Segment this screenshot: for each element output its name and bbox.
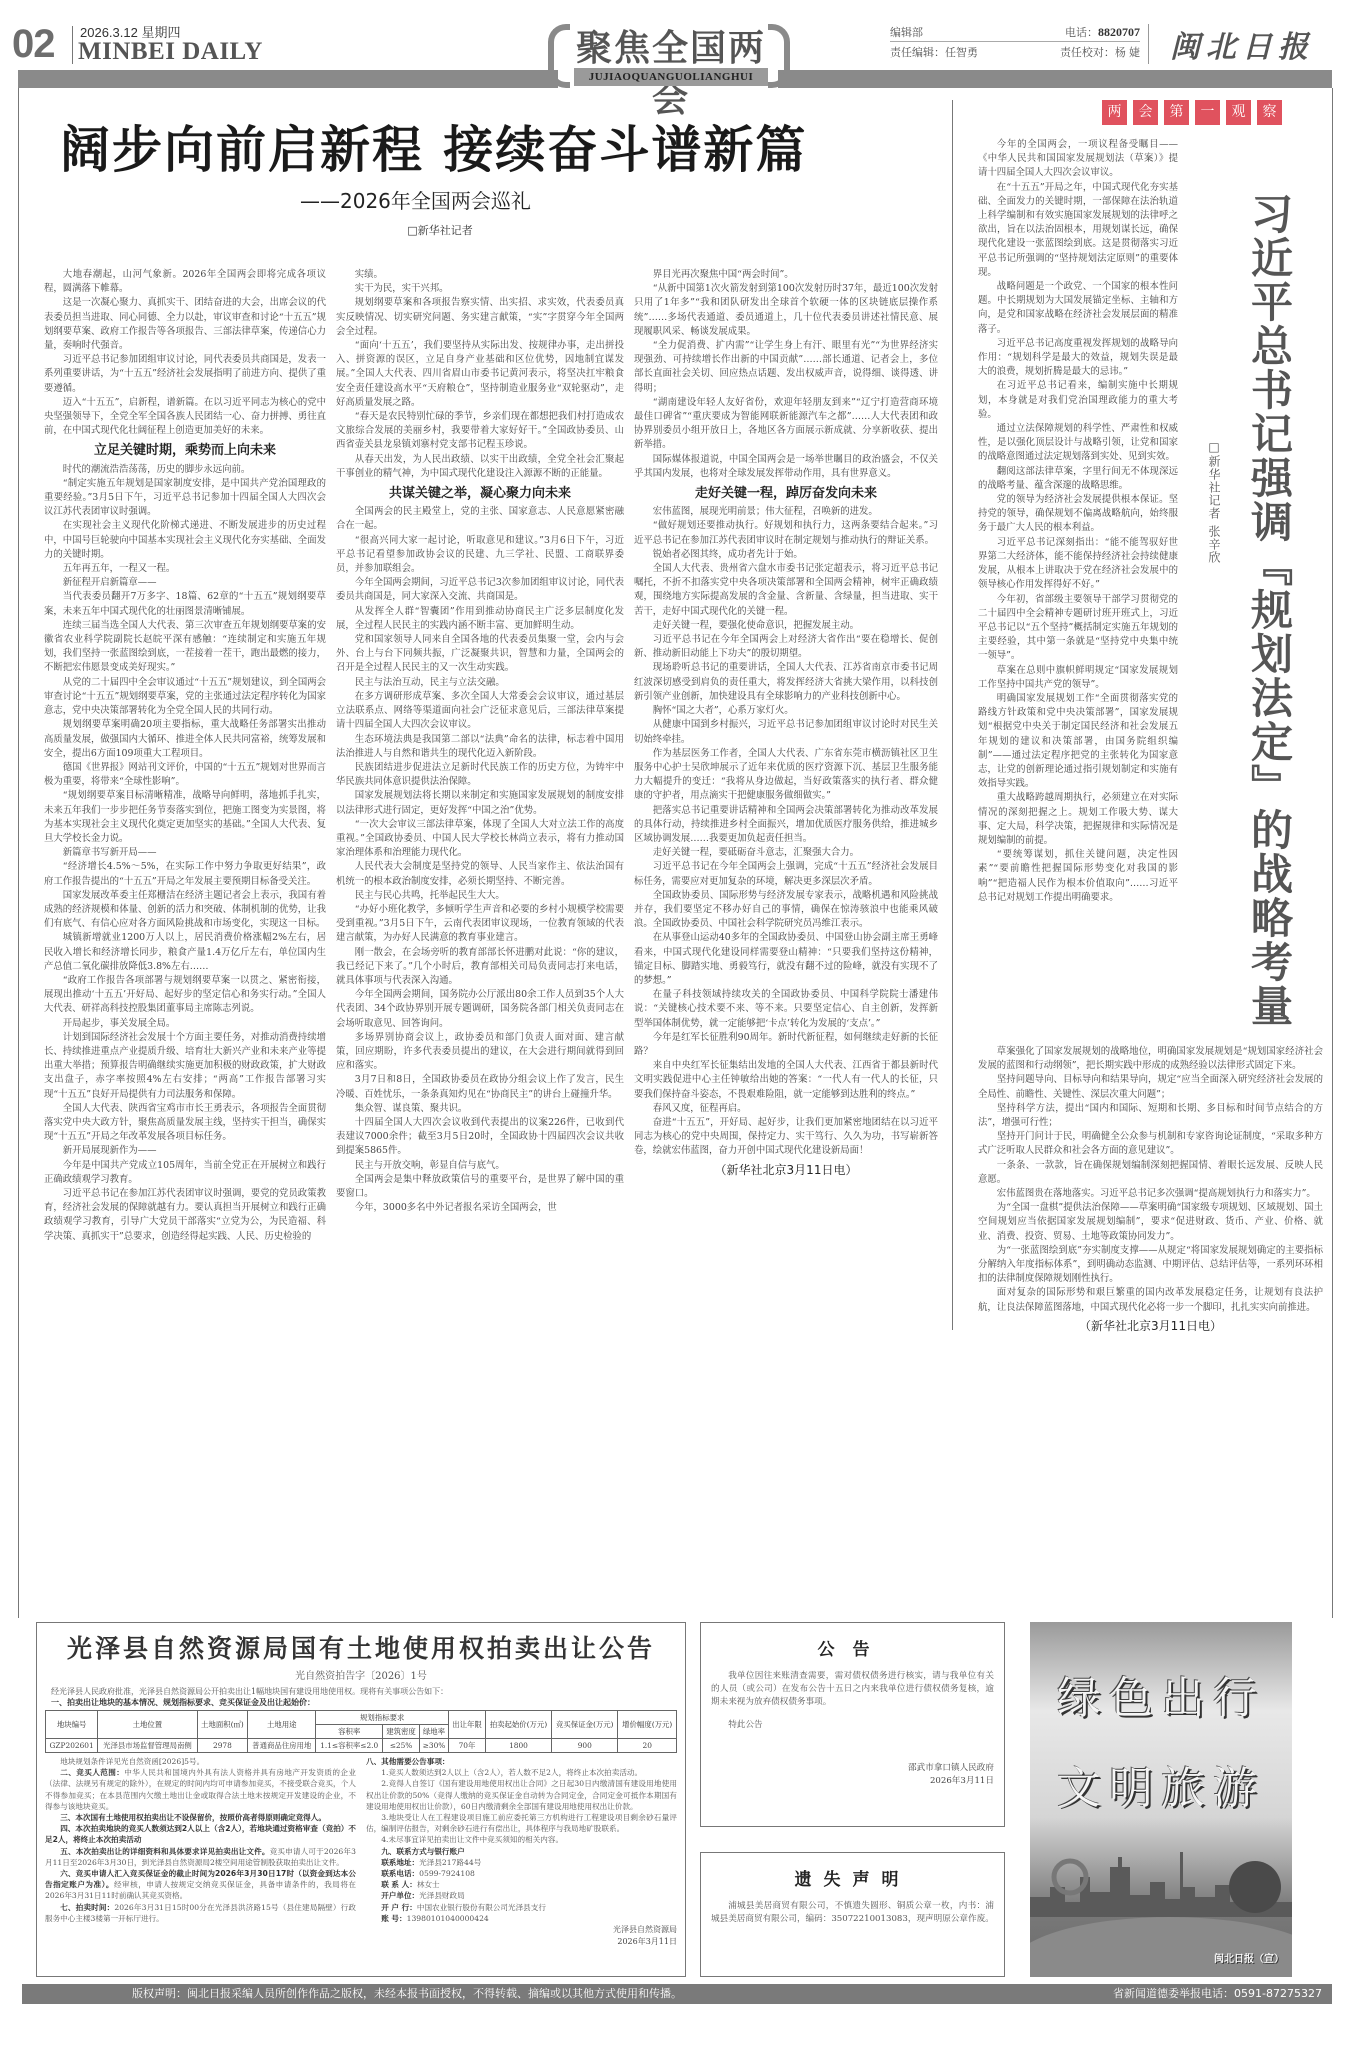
cell: 20 [618,1739,677,1753]
lost-seal-statement: 遗失声明 浦城县美居商贸有限公司，不慎遗失圆形、铜质公章一枚，内书：浦城县美居商… [700,1852,1005,1977]
section-heading-3: 走好关键一程，踔厉奋发向未来 [634,487,938,501]
paragraph: 党和国家领导人同来自全国各地的代表委员集聚一堂，会内与会外、台上与台下同频共振，… [336,633,624,676]
paragraph: 刚一散会，在会场旁听的教育部部长怀进鹏对此说：“你的建议，我已经记下来了。”几个… [336,946,624,989]
lost-statement-title: 遗失声明 [711,1865,994,1890]
paragraph: 多场界别协商会议上，政协委员和部门负责人面对面、建言献策，回应期盼，许多代表委员… [336,1031,624,1074]
notice-sign-org: 邵武市拿口镇人民政府 [711,1762,994,1775]
land-notice-right-text: 八、其他需要公告事项： 1.竞买人数须达到2人以上（含2人），若人数不足2人，将… [366,1756,677,1948]
paragraph: 今年的全国两会，一项议程备受瞩目——《中华人民共和国国家发展规划法（草案）》提请… [978,138,1178,181]
paragraph: 习近平总书记参加团组审议讨论，同代表委员共商国是，发表一系列重要讲话，为“十五五… [44,353,326,396]
paragraph: 今年全国两会期间，习近平总书记3次参加团组审议讨论，同代表委员共商国是，同大家深… [336,576,624,604]
editor-name: 责任编辑：任智勇 [890,44,978,60]
paragraph: 坚持问题导向、目标导向和结果导向，规定“应当全面深入研究经济社会发展的全局性、前… [978,1073,1323,1101]
paragraph: 坚持开门问计于民，明确健全公众参与机制和专家咨询论证制度，“采取多种方式广泛听取… [978,1130,1323,1158]
tag-chip: 第 [1164,100,1189,125]
paragraph: 规划纲要草案和各项报告察实情、出实招、求实效，代表委员真实反映情况、切实研究问题… [336,296,624,339]
paragraph: 战略问题是一个政党、一个国家的根本性问题。中长期规划为大国发展锚定坐标、主轴和方… [978,280,1178,337]
land-notice-item: 1.竞买人数须达到2人以上（含2人），若人数不足2人，将终止本次拍卖活动。 [366,1767,677,1778]
paragraph: 习近平总书记在今年全国两会上强调，完成“十五五”经济社会发展目标任务，需要应对更… [634,860,938,888]
land-notice-title: 光泽县自然资源局国有土地使用权拍卖出让公告 [45,1629,677,1665]
paragraph: 草案强化了国家发展规划的战略地位，明确国家发展规划是“规划国家经济社会发展的蓝图… [978,1045,1323,1073]
column-divider [952,100,953,1330]
paragraph: 国家发展规划法将长期以来制定和实施国家发展规划的制度安排以法律形式进行固定，更好… [336,789,624,817]
editorial-info: 编辑部 电话：8820707 责任编辑：任智勇 责任校对：杨 婕 [890,22,1140,62]
cell: 900 [552,1739,618,1753]
cell: 普通商品住房用地 [248,1739,316,1753]
section-heading-2: 共谋关键之举，凝心聚力向未来 [336,487,624,501]
land-notice-clause: 三、本次国有土地使用权拍卖出让不设保留价，按照价高者得原则确定竞得人。 [45,1812,356,1823]
phone-info: 电话：8820707 [1065,24,1140,40]
paragraph: 民主与开放交响，彰显自信与底气。 [336,1159,624,1173]
tag-chip: 会 [1133,100,1158,125]
paragraph: 3月7日和8日，全国政协委员在政协分组会议上作了发言，民生冷暖、百姓忧乐，一条条… [336,1073,624,1101]
paragraph: 在量子科技领域持续攻关的全国政协委员、中国科学院院士潘建伟说：“关键核心技术要不… [634,988,938,1031]
paragraph: “要统筹谋划，抓住关键问题，决定性因素”“要前瞻性把握国际形势变化对我国的影响”… [978,848,1178,905]
paragraph: 在“十五五”开局之年，中国式现代化夯实基础、全面发力的关键时期，一部保障在法治轨… [978,181,1178,280]
paragraph: 人民代表大会制度是坚持党的领导、人民当家作主、依法治国有机统一的根本政治制度安排… [336,860,624,888]
cell: 70年 [449,1739,486,1753]
side-article-byline: □新华社记者 张辛欣 [1206,440,1223,564]
paragraph: 从春天出发，为人民出政绩、以实干出政绩，全党全社会汇聚起干事创业的精气神，为中国… [336,453,624,481]
paragraph: 来自中央红军长征集结出发地的全国人大代表、江西省于都县新时代文明实践促进中心主任… [634,1059,938,1102]
paragraph: “春天是农民特别忙碌的季节，乡亲们现在都想把我们村打造成农文旅综合发展的美丽乡村… [336,410,624,453]
paragraph: 奋进“十五五”，开好局、起好步，让我们更加紧密地团结在以习近平同志为核心的党中央… [634,1116,938,1159]
section-pinyin: JUJIAOQUANGUOLIANGHUI [574,68,768,86]
paragraph: 作为基层医务工作者，全国人大代表、广东省东莞市横沥镇社区卫生服务中心护士吴欣坤展… [634,747,938,804]
paragraph: 全国两会是集中释放政策信号的重要平台，是世界了解中国的重要窗口。 [336,1173,624,1201]
paragraph: 民主与民心共鸣，托举起民生大大。 [336,889,624,903]
notice-closing: 特此公告 [711,1719,994,1732]
paragraph: 计划到国际经济社会发展十个方面主要任务，对推动消费持续增长、持续推进重点产业提质… [44,1031,326,1102]
cell: ≥30% [419,1739,448,1753]
paragraph: 面对复杂的国际形势和艰巨繁重的国内改革发展稳定任务，让规划有良法护航，让良法保障… [978,1286,1323,1314]
th-location: 土地位置 [98,1711,197,1739]
green-travel-psa-image: 绿色出行 文明旅游 闽北日报（宣） [1030,1622,1292,1977]
notice-title: 公告 [711,1635,994,1660]
paragraph: 在多方调研形成草案、多次全国人大常委会会议审议，通过基层立法联系点、网络等渠道面… [336,690,624,733]
paragraph: 胸怀“国之大者”，心系万家灯火。 [634,704,938,718]
paragraph: “规划纲要草案目标清晰精准，战略导向鲜明，落地抓手扎实，未来五年我们一步步把任务… [44,789,326,846]
paragraph: 为“全国一盘棋”提供法治保障——草案明确“国家级专项规划、区域规划、国土空间规划… [978,1201,1323,1244]
paragraph: 全国人大代表、贵州省六盘水市委书记张定超表示，将习近平总书记嘱托，不折不扣落实党… [634,562,938,619]
paragraph: 春风又度，征程再启。 [634,1102,938,1116]
cell: GZP202601 [46,1739,98,1753]
th-green: 绿地率 [419,1725,448,1739]
paragraph: 从党的二十届四中全会审议通过“十五五”规划建议，到全国两会审查讨论“十五五”规划… [44,676,326,719]
side-article-title: 习近平总书记强调『规划法定』的战略考量 [1232,180,1292,1040]
paragraph: 锐始者必图其终，成功者先计于始。 [634,548,938,562]
debt-verification-notice: 公告 我单位因往来账清查需要，需对债权债务进行核实，请与我单位有关的人员（或公司… [700,1622,1005,1827]
paragraph: 当代表委员翻开7万多字、18篇、62章的“十五五”规划纲要草案，未来五年中国式现… [44,590,326,618]
th-deposit: 竞买保证金(万元) [552,1711,618,1739]
paragraph: 这是一次凝心聚力、真抓实干、团结奋进的大会，出席会议的代表委员担当进取、同心同德… [44,296,326,353]
paragraph: 党的领导为经济社会发展提供根本保证。坚持党的领导，确保规划不偏离战略航向，始终服… [978,493,1178,536]
paragraph: 为“一张蓝图绘到底”夯实制度支撑——从规定“将国家发展规划确定的主要指标分解纳入… [978,1244,1323,1287]
paragraph: 开局起步，事关发展全局。 [44,1017,326,1031]
th-parcel-id: 地块编号 [46,1711,98,1739]
paragraph: 实干为民，实干兴邦。 [336,282,624,296]
land-notice-clause: 五、本次拍卖出让的详细资料和具体要求详见拍卖出让文件。竞买申请人可于2026年3… [45,1846,356,1868]
paragraph: 习近平总书记在参加江苏代表团审议时强调，要党的党员政策教育，经济社会发展的保障就… [44,1187,326,1244]
land-notice-clause: 七、拍卖时间：2026年3月31日15时00分在光泽县洪济路15号（县住建局隔壁… [45,1902,356,1924]
paragraph: 今年，3000多名中外记者报名采访全国两会，世 [336,1201,624,1215]
paragraph: 时代的潮流浩浩荡荡，历史的脚步永远向前。 [44,463,326,477]
paragraph: 宏伟蓝图，展现光明前景；伟大征程，召唤新的进发。 [634,505,938,519]
th-far: 容积率 [316,1725,383,1739]
psa-line-1: 绿色出行 [1030,1662,1292,1726]
contact-line: 开 户 行：中国农业银行股份有限公司光泽县支行 [366,1902,677,1913]
paragraph: “办好小班化教学，多倾听学生声音和必要的乡村小规模学校需要受到重视。”3月5日下… [336,903,624,946]
land-notice-clause: 地块规划条件详见光自然资函[2026]5号。 [45,1756,356,1767]
paragraph: 明确国家发展规划工作“全面贯彻落实党的路线方针政策和党中央决策部署”，国家发展规… [978,692,1178,791]
paragraph: “经济增长4.5%～5%，在实际工作中努力争取更好结果”，政府工作报告提出的“十… [44,860,326,888]
paragraph: 习近平总书记在今年全国两会上对经济大省作出“要在稳增长、促创新、推动新旧动能上下… [634,633,938,661]
paragraph: “做好规划还要推动执行。好规划和执行力，这两条要结合起来。”习近平总书记在参加江… [634,519,938,547]
land-notice-item: 4.未尽事宜详见拍卖出让文件中竞买须知的相关内容。 [366,1834,677,1845]
section-8-heading: 八、其他需要公告事项： [366,1757,450,1766]
paragraph: 今年初，省部级主要领导干部学习贯彻党的二十届四中全会精神专题研讨班开班式上，习近… [978,593,1178,664]
side-article-body-bottom: 草案强化了国家发展规划的战略地位，明确国家发展规划是“规划国家经济社会发展的蓝图… [978,1045,1323,1615]
proofreader-name: 责任校对：杨 婕 [1060,44,1140,60]
article-column-2: 实绩。实干为民，实干兴邦。规划纲要草案和各项报告察实情、出实招、求实效，代表委员… [336,268,624,1608]
land-notice-intro: 经光泽县人民政府批准，光泽县自然资源局公开拍卖出让1幅地块国有建设用地使用权。现… [45,1686,677,1697]
contact-line: 开户单位：光泽县财政局 [366,1890,677,1901]
paragraph: 从健康中国到乡村振兴，习近平总书记参加团组审议讨论时对民生关切始终牵挂。 [634,718,938,746]
th-start-price: 拍卖起始价(万元) [485,1711,551,1739]
paragraph: 宏伟蓝图贵在落地落实。习近平总书记多次强调“提高规划执行力和落实力”。 [978,1187,1323,1201]
paragraph: 今年是中国共产党成立105周年，当前全党正在开展树立和践行正确政绩观学习教育。 [44,1159,326,1187]
main-byline: □新华社记者 [300,222,580,238]
land-notice-clause: 四、本次拍卖地块的竞买人数须达到2人以上（含2人），若地块通过资格审查（竞拍）不… [45,1823,356,1845]
paragraph: 新征程开启新篇章—— [44,576,326,590]
section-9-heading: 九、联系方式与银行账户 [381,1847,465,1856]
paragraph: 集众智、谋良策、聚共识。 [336,1102,624,1116]
paragraph: 在从事登山运动40多年的全国政协委员、中国登山协会副主席王勇峰看来，中国式现代化… [634,931,938,988]
meta-divider [1148,24,1149,64]
copyright-notice: 版权声明：闽北日报采编人员所创作作品之版权，未经本报书面授权，不得转载、摘编或以… [132,1984,682,2004]
table-row: GZP202601 光泽县市场监督管理局南侧 2978 普通商品住房用地 1.1… [46,1739,677,1753]
side-article-body-top: 今年的全国两会，一项议程备受瞩目——《中华人民共和国国家发展规划法（草案）》提请… [978,138,1178,1038]
contact-line: 联 系 人：林女士 [366,1879,677,1890]
paragraph: 今年全国两会期间，国务院办公厅派出80余工作人员到35个人大代表团、34个政协界… [336,988,624,1031]
notice-body: 我单位因往来账清查需要，需对债权债务进行核实，请与我单位有关的人员（或公司）在发… [711,1670,994,1709]
paragraph: 国家发展改革委主任郑栅洁在经济主题记者会上表示，我国有着成熟的经济规模和体量、创… [44,889,326,932]
dept-label: 编辑部 [890,24,923,40]
page-number: 02 [12,22,55,67]
contact-line: 联系地址：光泽县217路44号 [366,1857,677,1868]
paragraph: 全国政协委员、国际形势与经济发展专家表示，战略机遇和风险挑战并存，我们要坚定不移… [634,889,938,932]
header-bar-left [18,70,558,88]
land-auction-notice: 光泽县自然资源局国有土地使用权拍卖出让公告 光自然资拍告字〔2026〕1号 经光… [36,1622,686,1977]
paragraph: 民主与法治互动，民主与立法交融。 [336,676,624,690]
lost-statement-body: 浦城县美居商贸有限公司，不慎遗失圆形、铜质公章一枚，内书：浦城县美居商贸有限公司… [711,1900,994,1926]
header-bar-right [778,70,1332,88]
paragraph: “很高兴同大家一起讨论，听取意见和建议。”3月6日下午，习近平总书记看望参加政协… [336,534,624,577]
th-planning: 规划指标要求 [316,1711,449,1725]
th-use: 土地用途 [248,1711,316,1739]
paragraph: 在习近平总书记看来，编制实施中长期规划，本身就是对我们党治国理政能力的重大考验。 [978,379,1178,422]
paragraph: 习近平总书记高度重视发挥规划的战略导向作用：“规划科学是最大的效益，规划失误是最… [978,337,1178,380]
paragraph: 坚持科学方法，提出“国内和国际、短期和长期、多目标和时间节点结合的方法”，增强可… [978,1102,1323,1130]
article-column-1: 大地春潮起，山河气象新。2026年全国两会即将完成各项议程，圆满落下帷幕。这是一… [44,268,326,1608]
paragraph: 十四届全国人大四次会议收到代表提出的议案226件，已收到代表建议7000余件；截… [336,1116,624,1159]
contact-line: 账 号：13980101040000424 [366,1913,677,1924]
tag-chip: 两 [1102,100,1127,125]
paragraph: 新篇章书写新开局—— [44,846,326,860]
th-term: 出让年限 [449,1711,486,1739]
land-notice-clause: 二、竞买人范围：中华人民共和国境内外具有法人资格并具有房地产开发资质的企业（法律… [45,1767,356,1812]
city-skyline-icon [1030,1847,1292,1917]
section-heading-1: 立足关键时期，乘势而上向未来 [44,444,326,458]
paragraph: “一次大会审议三部法律草案，体现了全国人大对立法工作的高度重视。”全国政协委员、… [336,818,624,861]
paragraph: 新开局展现新作为—— [44,1144,326,1158]
tag-chip: 一 [1195,100,1220,125]
paragraph: 国际媒体报道说，中国全国两会是一场举世瞩目的政治盛会，不仅关乎其国内发展，也将对… [634,453,938,481]
newspaper-logo: 闽北日报 [1170,22,1314,66]
ethics-hotline: 省新闻道德委举报电话：0591-87275327 [1113,1984,1322,2004]
cell: 光泽县市场监督管理局南侧 [98,1739,197,1753]
psa-credit: 闽北日报（宣） [1214,1950,1284,1965]
paragraph: 德国《世界报》网站刊文评价，中国的“十五五”规划对世界而言极为重要，将带来“全球… [44,761,326,789]
main-subhead: ——2026年全国两会巡礼 [300,185,531,214]
section-bracket-right [768,24,790,88]
main-headline: 阔步向前启新程 接续奋斗谱新篇 [60,110,807,182]
paragraph: 民族团结进步促进法立足新时代民族工作的历史方位，为铸牢中华民族共同体意识提供法治… [336,761,624,789]
cell: 2978 [197,1739,248,1753]
tag-chip: 观 [1226,100,1251,125]
psa-line-2: 文明旅游 [1030,1752,1292,1816]
land-notice-item: 2.竞得人自签订《国有建设用地使用权出让合同》之日起30日内缴清国有建设用地使用… [366,1778,677,1812]
section-bracket-left [548,24,570,88]
paragraph: 习近平总书记深刻指出：“能不能驾驭好世界第二大经济体，能不能保持经济社会持续健康… [978,536,1178,593]
th-increment: 增价幅度(万元) [618,1711,677,1739]
paragraph: “从新中国第1次火箭发射到第100次发射历时37年，最近100次发射只用了1年多… [634,282,938,339]
cell: 1800 [485,1739,551,1753]
column-tag-two-sessions-observation: 两会第一观察 [1102,100,1282,125]
paragraph: 一条条、一款款，旨在确保规划编制深刻把握国情、着眼长远发展、反映人民意愿。 [978,1159,1323,1187]
land-notice-section-1: 一、拍卖出让地块的基本情况、规划指标要求、竞买保证金及出让起始价： [45,1697,677,1708]
side-article-signoff: （新华社北京3月11日电） [978,1319,1323,1333]
paragraph: 重大战略跨越周期执行，必须建立在对实际情况的深刻把握之上。规划工作吸大势、谋大事… [978,791,1178,848]
paragraph: 迈入“十五五”，启新程，谱新篇。在以习近平同志为核心的党中央坚强领导下，全党全军… [44,396,326,439]
land-notice-doc-number: 光自然资拍告字〔2026〕1号 [45,1667,677,1682]
paragraph: 五年再五年，一程又一程。 [44,562,326,576]
phone-number: 8820707 [1098,25,1140,39]
page-frame-right [1332,88,1333,1618]
paragraph: “制定实施五年规划是国家制度安排，是中国共产党治国理政的重要经验。”3月5日下午… [44,477,326,520]
paragraph: 实绩。 [336,268,624,282]
article-signoff: （新华社北京3月11日电） [634,1163,938,1177]
header-divider [72,26,73,64]
paragraph: 现场聆听总书记的重要讲话，全国人大代表、江苏省南京市委书记周红波深切感受到肩负的… [634,661,938,704]
paragraph: “面向‘十五五’，我们要坚持从实际出发、按规律办事，走出拼投入、拼资源的误区，立… [336,339,624,410]
paragraph: 走好关键一程，要砥砺奋斗意志，汇聚强大合力。 [634,846,938,860]
contact-line: 联系电话：0599-7924108 [366,1868,677,1879]
paragraph: 今年是红军长征胜利90周年。新时代新征程，如何继续走好新的长征路？ [634,1031,938,1059]
paragraph: 草案在总则中旗帜鲜明规定“国家发展规划工作坚持中国共产党的领导”。 [978,664,1178,692]
paragraph: 规划纲要草案明确20项主要指标，重大战略任务部署实出推动高质量发展，做强国内大循… [44,718,326,761]
paragraph: 生态环境法典是我国第二部以“法典”命名的法律，标志着中国用法治推进人与自然和谐共… [336,733,624,761]
paragraph: 连续三届当选全国人大代表、第三次审查五年规划纲要草案的安徽省农业科学院副院长赵皖… [44,619,326,676]
th-density: 建筑密度 [383,1725,420,1739]
land-sign-date: 2026年3月11日 [366,1936,677,1948]
paragraph: 大地春潮起，山河气象新。2026年全国两会即将完成各项议程，圆满落下帷幕。 [44,268,326,296]
article-column-3: 界目光再次聚焦中国“两会时间”。“从新中国第1次火箭发射到第100次发射历时37… [634,268,938,1608]
paragraph: 从发挥全人群“智囊团”作用到推动协商民主广泛多层制度化发展，全过程人民民主的实践… [336,605,624,633]
paragraph: “政府工作报告各项部署与规划纲要草案一以贯之、紧密衔接，展现出推动‘十五五’开好… [44,974,326,1017]
paragraph: 全国人大代表、陕西省宝鸡市市长王勇表示，各项报告全面贯彻落实党中央大政方针，聚焦… [44,1102,326,1145]
paper-name-en: MINBEI DAILY [78,38,263,66]
paragraph: “湖南建设年轻人友好省份，欢迎年轻朋友到来”“辽宁打造营商环境最佳口碑省”“重庆… [634,396,938,453]
th-area: 土地面积(㎡) [197,1711,248,1739]
paragraph: 翻阅这部法律草案，字里行间无不体现深远的战略考量、蕴含深邃的战略思维。 [978,465,1178,493]
paragraph: 通过立法保障规划的科学性、严肃性和权威性，是以强化顶层设计与战略引领，让党和国家… [978,422,1178,465]
land-parcel-table: 地块编号 土地位置 土地面积(㎡) 土地用途 规划指标要求 出让年限 拍卖起始价… [45,1710,677,1753]
land-sign-org: 光泽县自然资源局 [366,1924,677,1936]
paragraph: 把落实总书记重要讲话精神和全国两会决策部署转化为推动改革发展的具体行动，持续推进… [634,804,938,847]
land-notice-item: 3.地块受让人在工程建设项目施工前应委托第三方机构进行工程建设项目剩余砂石量评估… [366,1812,677,1834]
tag-chip: 察 [1257,100,1282,125]
paragraph: 在实现社会主义现代化阶梯式递进、不断发展进步的历史过程中，中国号巨轮驶向中国基本… [44,519,326,562]
paragraph: 走好关键一程，要强化使命意识，把握发展主动。 [634,619,938,633]
paragraph: 城镇新增就业1200万人以上，居民消费价格涨幅2%左右，居民收入增长和经济增长同… [44,931,326,974]
paragraph: “全力促消费、扩内需”“让学生身上有汗、眼里有光”“为世界经济实现强劲、可持续增… [634,339,938,396]
hill-shape [1030,1917,1292,1977]
cell: ≤25% [383,1739,420,1753]
notice-sign-date: 2026年3月11日 [711,1775,994,1788]
footer-bar: 版权声明：闽北日报采编人员所创作作品之版权，未经本报书面授权，不得转载、摘编或以… [22,1984,1332,2004]
page-frame-left [18,88,19,1618]
land-notice-clause: 六、竞买申请人汇入竞买保证金的截止时间为2026年3月30日17时（以资金到达本… [45,1868,356,1902]
paragraph: 界目光再次聚焦中国“两会时间”。 [634,268,938,282]
cell: 1.1≤容积率≤2.0 [316,1739,383,1753]
paragraph: 全国两会的民主殿堂上，党的主张、国家意志、人民意愿紧密融合在一起。 [336,505,624,533]
land-notice-left-text: 地块规划条件详见光自然资函[2026]5号。二、竞买人范围：中华人民共和国境内外… [45,1756,356,1948]
